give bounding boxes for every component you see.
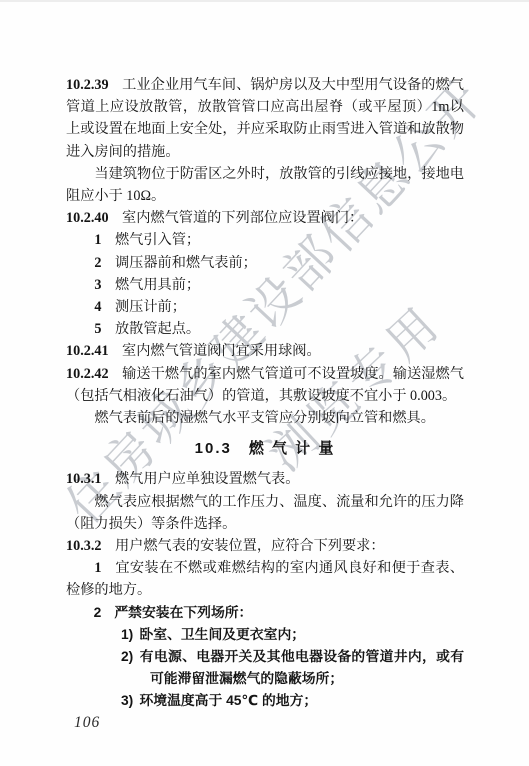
section-heading: 10.3 燃 气 计 量 <box>66 438 464 460</box>
clause-number: 3) <box>121 693 133 708</box>
clause-text: 测压计前； <box>115 299 186 315</box>
clause-text: 卧室、卫生间及更衣室内； <box>139 627 305 642</box>
clause-text: 宜安装在不燃或难燃结构的室内通风良好和便于查表、检修的地方。 <box>66 560 464 598</box>
clause-number: 2) <box>121 649 133 664</box>
clause-number: 10.2.39 <box>66 77 109 93</box>
clause-number: 10.2.42 <box>66 366 109 382</box>
clause-text: 输送干燃气的室内燃气管道可不设置坡度。输送湿燃气（包括气相液化石油气）的管道，其… <box>66 366 464 404</box>
clause-number: 3 <box>94 277 101 293</box>
clause-text: 放散管起点。 <box>115 321 200 337</box>
paragraph: 当建筑物位于防雷区之外时，放散管的引线应接地，接地电阻应小于 10Ω。 <box>66 163 464 207</box>
clause-text: 调压器前和燃气表前； <box>115 255 257 271</box>
paragraph: 燃气表应根据燃气的工作压力、温度、流量和允许的压力降（阻力损失）等条件选择。 <box>66 491 464 535</box>
clause-text: 工业企业用气车间、锅炉房以及大中型用气设备的燃气管道上应设放散管，放散管管口应高… <box>66 77 464 160</box>
clause-number: 10.2.41 <box>66 343 109 359</box>
clause-text: 燃气用户应单独设置燃气表。 <box>115 471 299 487</box>
document-body: 10.2.39工业企业用气车间、锅炉房以及大中型用气设备的燃气管道上应设放散管，… <box>66 74 464 713</box>
clause-text: 室内燃气管道的下列部位应设置阀门： <box>122 210 363 226</box>
clause-number: 10.3.2 <box>66 538 101 554</box>
paragraph: 10.3.2用户燃气表的安装位置，应符合下列要求： <box>66 535 464 557</box>
paragraph: 2严禁安装在下列场所： <box>66 602 464 624</box>
clause-number: 10.3.1 <box>66 471 101 487</box>
clause-number: 2 <box>94 255 101 271</box>
paragraph: 1宜安装在不燃或难燃结构的室内通风良好和便于查表、检修的地方。 <box>66 557 464 601</box>
paragraph: 1燃气引入管； <box>66 229 464 251</box>
paragraph: 10.2.39工业企业用气车间、锅炉房以及大中型用气设备的燃气管道上应设放散管，… <box>66 74 464 163</box>
clause-number: 1 <box>94 232 101 248</box>
clause-text: 燃气引入管； <box>115 232 200 248</box>
clause-number: 2 <box>94 605 102 620</box>
paragraph: 4测压计前； <box>66 296 464 318</box>
clause-text: 室内燃气管道阀门宜采用球阀。 <box>122 343 321 359</box>
clause-number: 5 <box>94 321 101 337</box>
paragraph: 3燃气用具前； <box>66 274 464 296</box>
paragraph: 10.2.42输送干燃气的室内燃气管道可不设置坡度。输送湿燃气（包括气相液化石油… <box>66 363 464 407</box>
paragraph: 3)环境温度高于 45℃ 的地方； <box>66 690 464 712</box>
paragraph: 10.2.40室内燃气管道的下列部位应设置阀门： <box>66 207 464 229</box>
paragraph: 2调压器前和燃气表前； <box>66 252 464 274</box>
clause-number: 1 <box>94 560 101 576</box>
clause-text: 用户燃气表的安装位置，应符合下列要求： <box>115 538 385 554</box>
clause-text: 燃气用具前； <box>115 277 200 293</box>
clause-number: 1) <box>121 627 133 642</box>
clause-text: 严禁安装在下列场所： <box>114 605 252 620</box>
paragraph: 1)卧室、卫生间及更衣室内； <box>66 624 464 646</box>
document-page: 住房城乡建设部信息公开 浏览专用 10.2.39工业企业用气车间、锅炉房以及大中… <box>0 0 529 766</box>
clause-number: 10.2.40 <box>66 210 109 226</box>
paragraph: 10.2.41室内燃气管道阀门宜采用球阀。 <box>66 340 464 362</box>
paragraph: 燃气表前后的湿燃气水平支管应分别坡向立管和燃具。 <box>66 407 464 429</box>
clause-number: 4 <box>94 299 101 315</box>
clause-text: 有电源、电器开关及其他电器设备的管道井内，或有可能滞留泄漏燃气的隐蔽场所； <box>139 649 464 686</box>
clause-text: 环境温度高于 45℃ 的地方； <box>139 693 317 708</box>
paragraph: 5放散管起点。 <box>66 318 464 340</box>
paragraph: 2)有电源、电器开关及其他电器设备的管道井内，或有可能滞留泄漏燃气的隐蔽场所； <box>66 646 464 690</box>
page-number: 106 <box>74 714 100 732</box>
paragraph: 10.3.1燃气用户应单独设置燃气表。 <box>66 468 464 490</box>
